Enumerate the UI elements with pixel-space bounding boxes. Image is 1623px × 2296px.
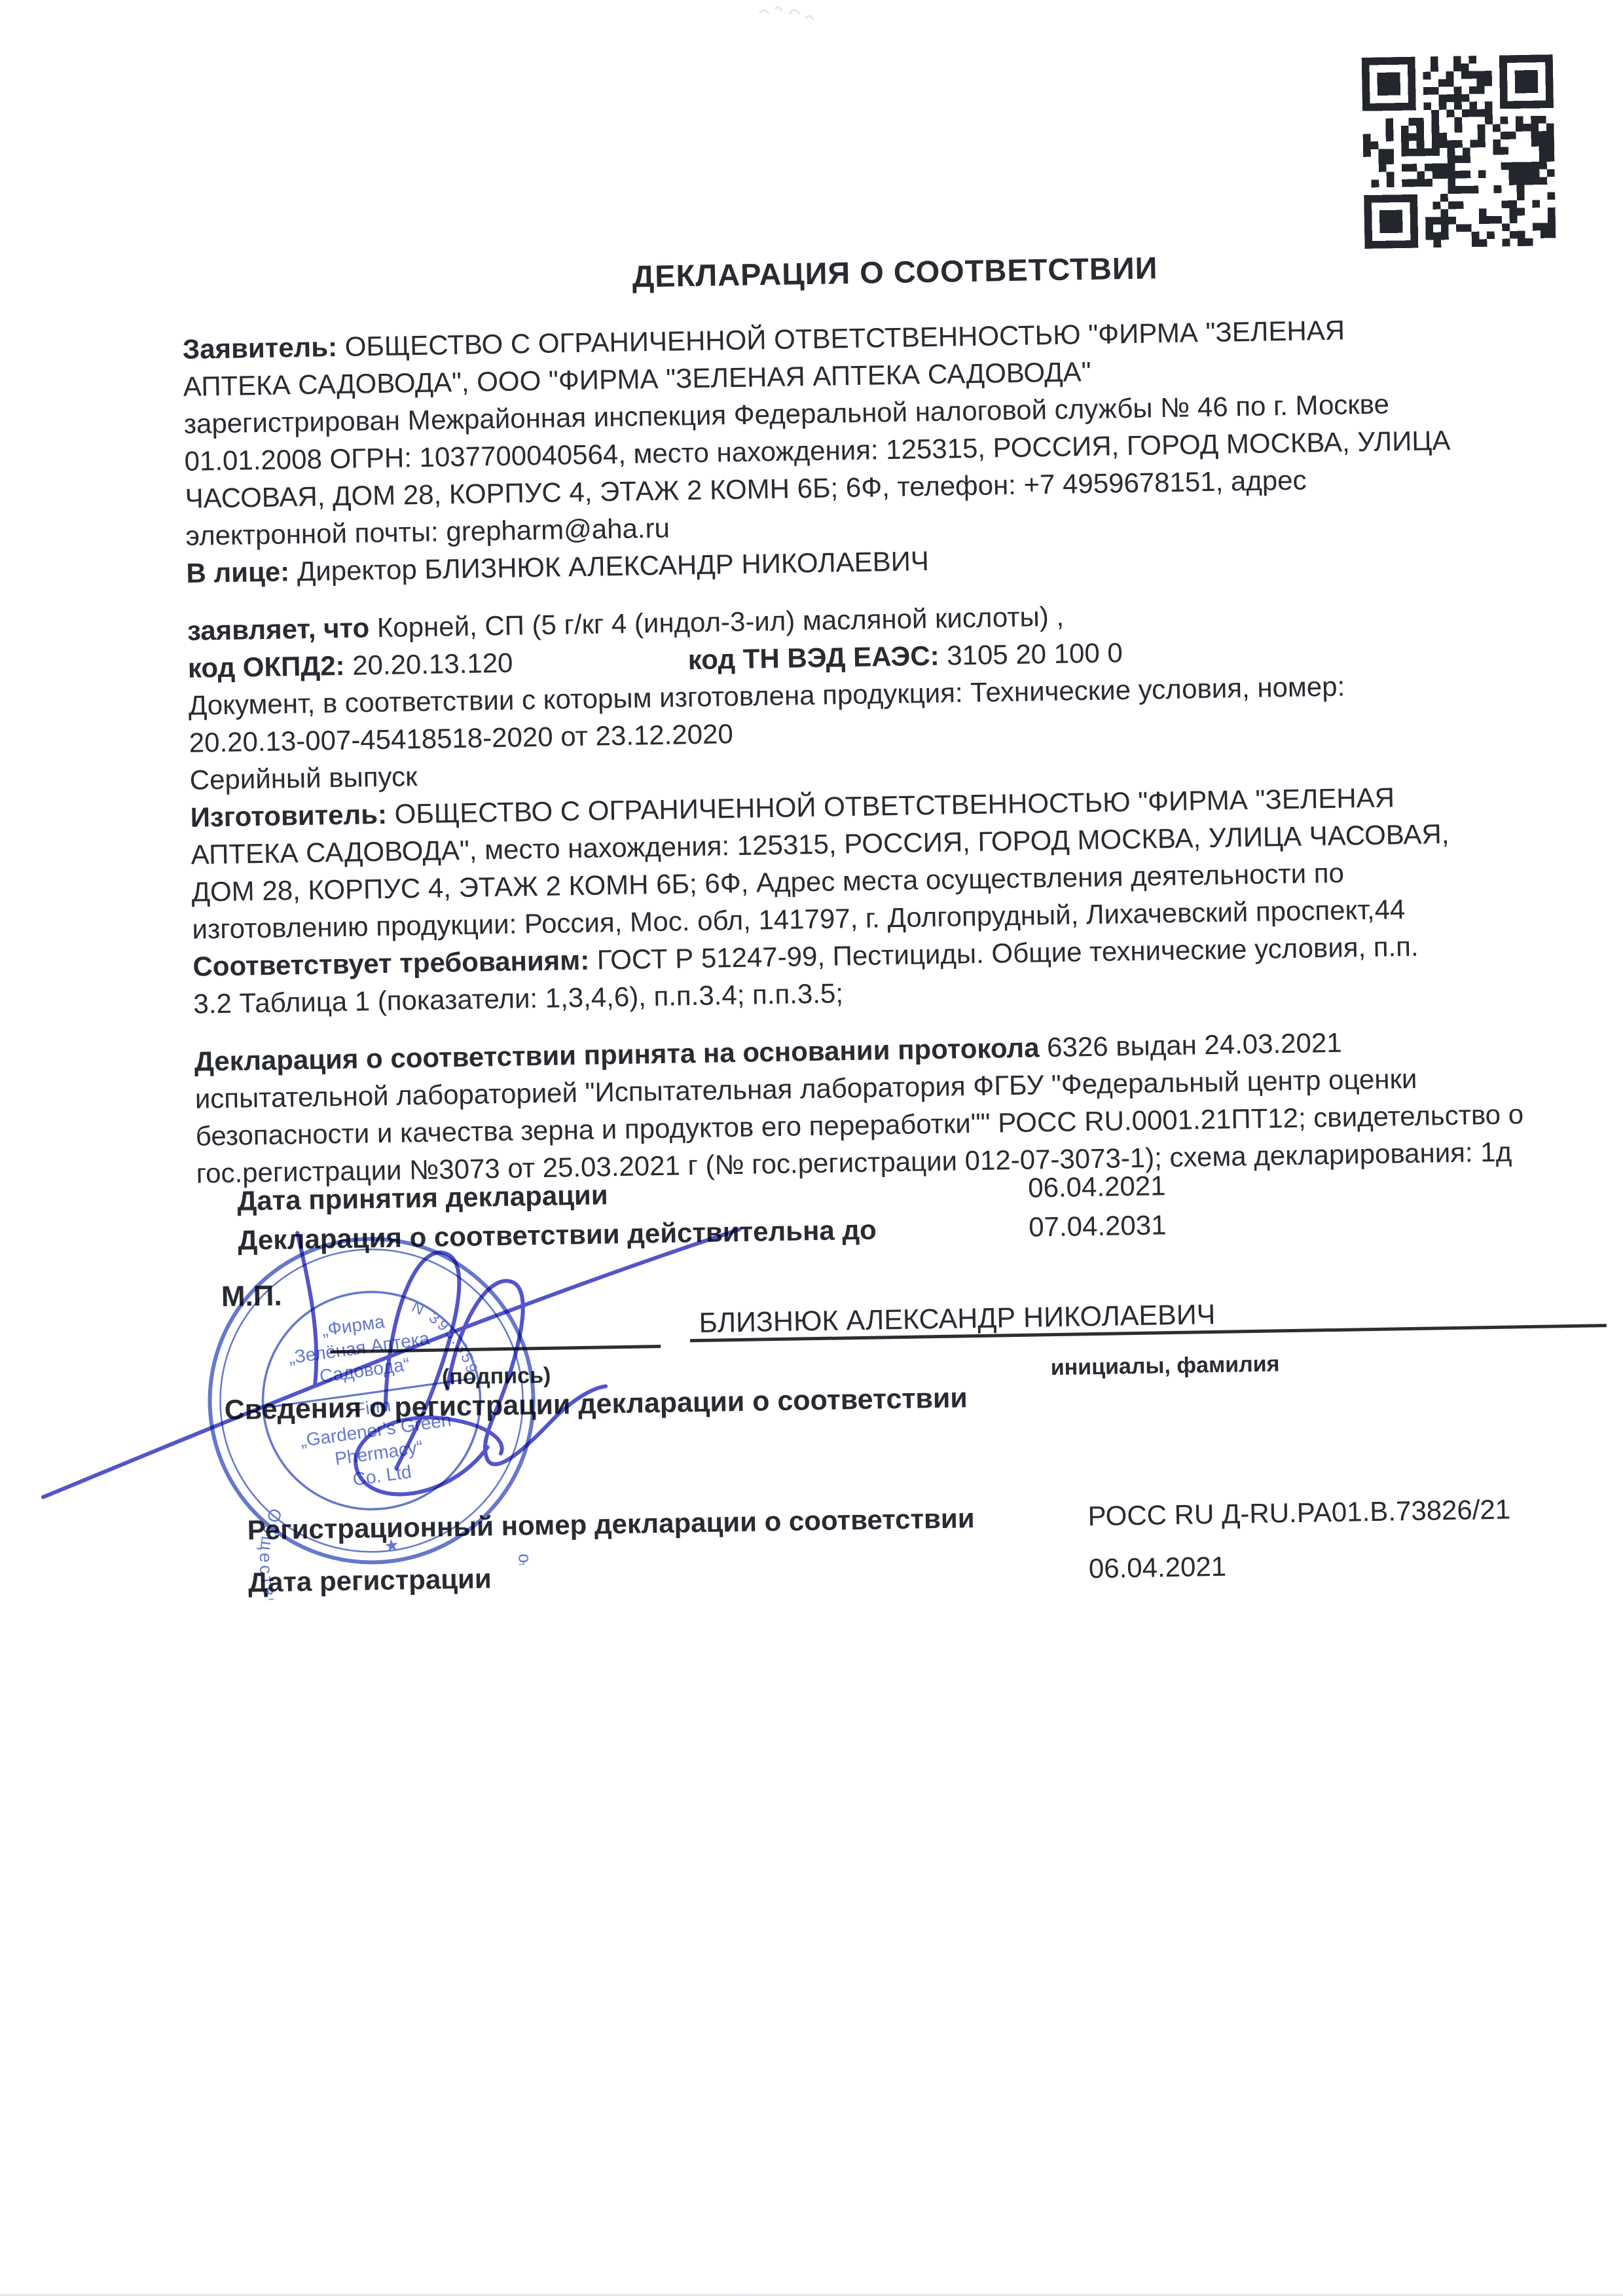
- declaration-document-scan: ДЕКЛАРАЦИЯ О СООТВЕТСТВИИ Заявитель: ОБЩ…: [0, 0, 1623, 2296]
- scan-edge-artifact-left: [0, 0, 17, 2296]
- tnved-value: 3105 20 100 0: [939, 637, 1123, 671]
- name-caption: инициалы, фамилия: [1051, 1351, 1280, 1381]
- applicant-label: Заявитель:: [182, 331, 337, 365]
- basis-section: Декларация о соответствии принята на осн…: [194, 1021, 1524, 1192]
- stamp-star: ★: [383, 1535, 401, 1556]
- acceptance-date-value: 06.04.2021: [1028, 1170, 1166, 1203]
- valid-until-value: 07.04.2031: [1029, 1209, 1167, 1243]
- registration-date-value: 06.04.2021: [1089, 1551, 1227, 1584]
- product-section: заявляет, что Корней, СП (5 г/кг 4 (индо…: [187, 591, 1452, 1023]
- in-person-label: В лице:: [186, 556, 289, 589]
- tnved-label: код ТН ВЭД ЕАЭС:: [687, 640, 939, 675]
- qr-code: [1362, 54, 1556, 249]
- document-title: ДЕКЛАРАЦИЯ О СООТВЕТСТВИИ: [208, 242, 1583, 301]
- handwritten-signature: [25, 1187, 790, 1540]
- manufacturer-label: Изготовитель:: [190, 799, 387, 833]
- conforms-label: Соответствует требованиям:: [192, 945, 590, 982]
- registration-number-value: РОСС RU Д-RU.РА01.В.73826/21: [1087, 1494, 1510, 1533]
- okpd2-value: 20.20.13.120: [344, 647, 513, 681]
- applicant-section: Заявитель: ОБЩЕСТВО С ОГРАНИЧЕННОЙ ОТВЕТ…: [182, 310, 1452, 592]
- declares-label: заявляет, что: [187, 612, 378, 646]
- document-content: ДЕКЛАРАЦИЯ О СООТВЕТСТВИИ Заявитель: ОБЩ…: [177, 0, 1616, 2296]
- okpd2-label: код ОКПД2:: [188, 650, 345, 683]
